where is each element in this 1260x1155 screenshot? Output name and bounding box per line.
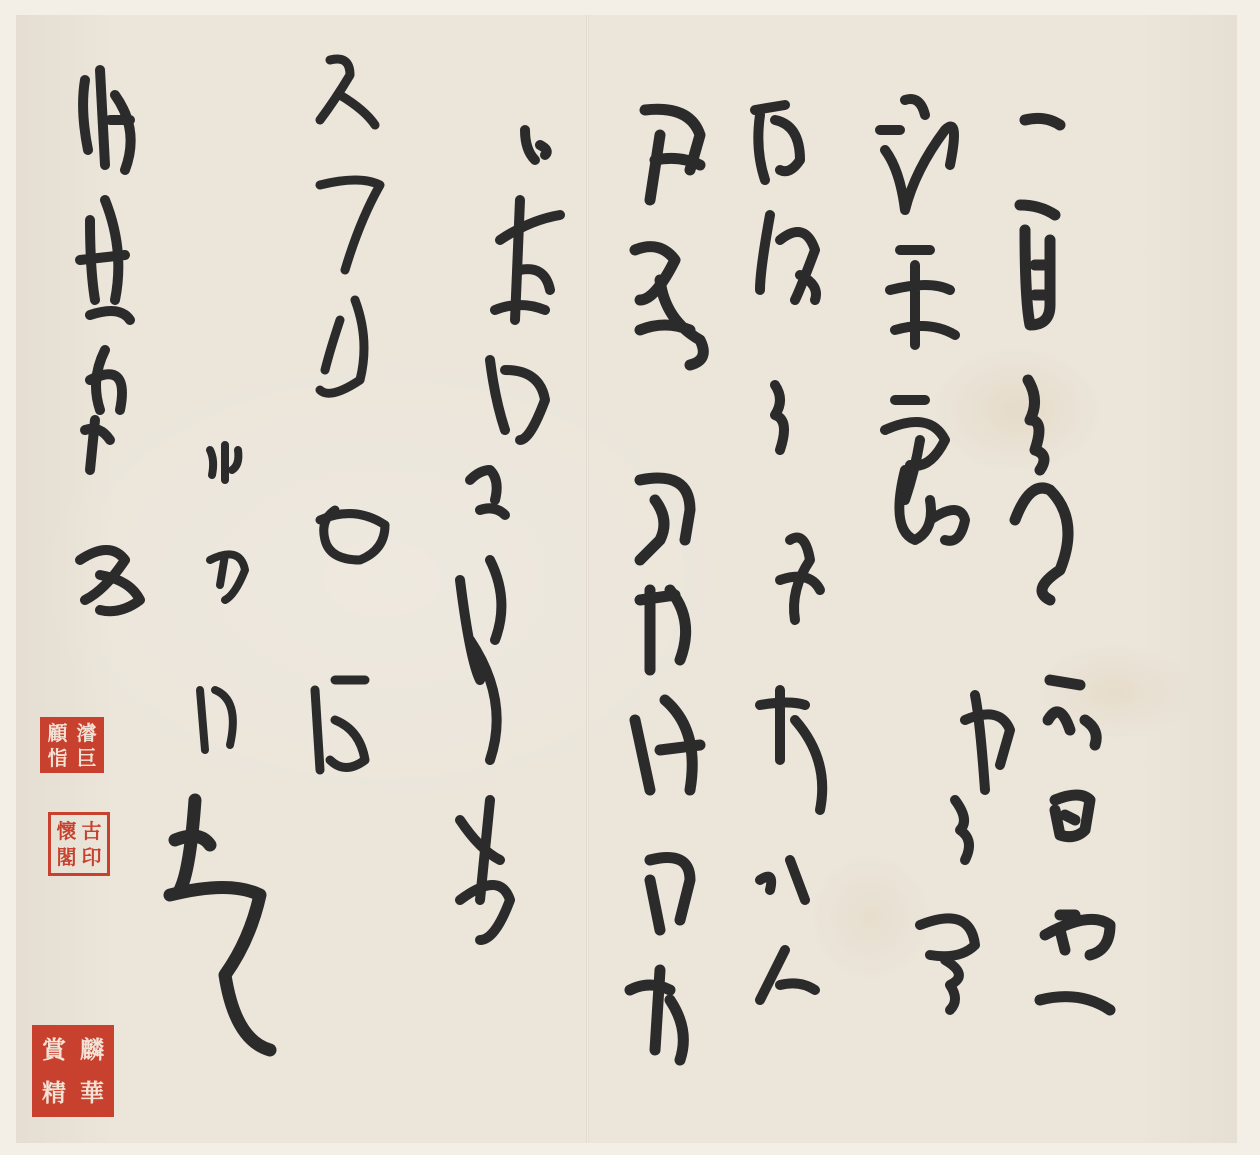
column-3 [755, 105, 822, 1000]
seal-2-char-1: 懷 [57, 821, 77, 841]
seal-1-char-3: 恉 [48, 748, 68, 768]
seal-2-char-4: 印 [82, 847, 102, 867]
calligraphy-ink-strokes [0, 0, 1260, 1155]
seal-3-char-2: 麟 [80, 1038, 104, 1062]
column-6 [315, 59, 385, 770]
seal-1-char-1: 顧 [48, 723, 68, 743]
seal-2-intaglio: 懷 古 閣 印 [48, 812, 110, 876]
seal-3-char-4: 華 [80, 1081, 104, 1105]
column-7-signature [200, 445, 245, 750]
column-leftmost [80, 70, 140, 611]
seal-1-char-4: 巨 [77, 748, 97, 768]
seal-2-char-3: 閣 [57, 847, 77, 867]
seal-3-relief: 賞 麟 精 華 [32, 1025, 114, 1117]
seal-3-char-3: 精 [42, 1081, 66, 1105]
column-4 [630, 109, 703, 1060]
column-1 [1015, 118, 1110, 1010]
seal-1-relief: 顧 濬 恉 巨 [40, 717, 104, 773]
column-2 [880, 99, 1010, 1010]
seal-1-char-2: 濬 [77, 723, 97, 743]
seal-3-char-1: 賞 [42, 1038, 66, 1062]
seal-2-char-2: 古 [82, 821, 102, 841]
signature-large-char [170, 800, 270, 1050]
column-5 [460, 130, 560, 940]
